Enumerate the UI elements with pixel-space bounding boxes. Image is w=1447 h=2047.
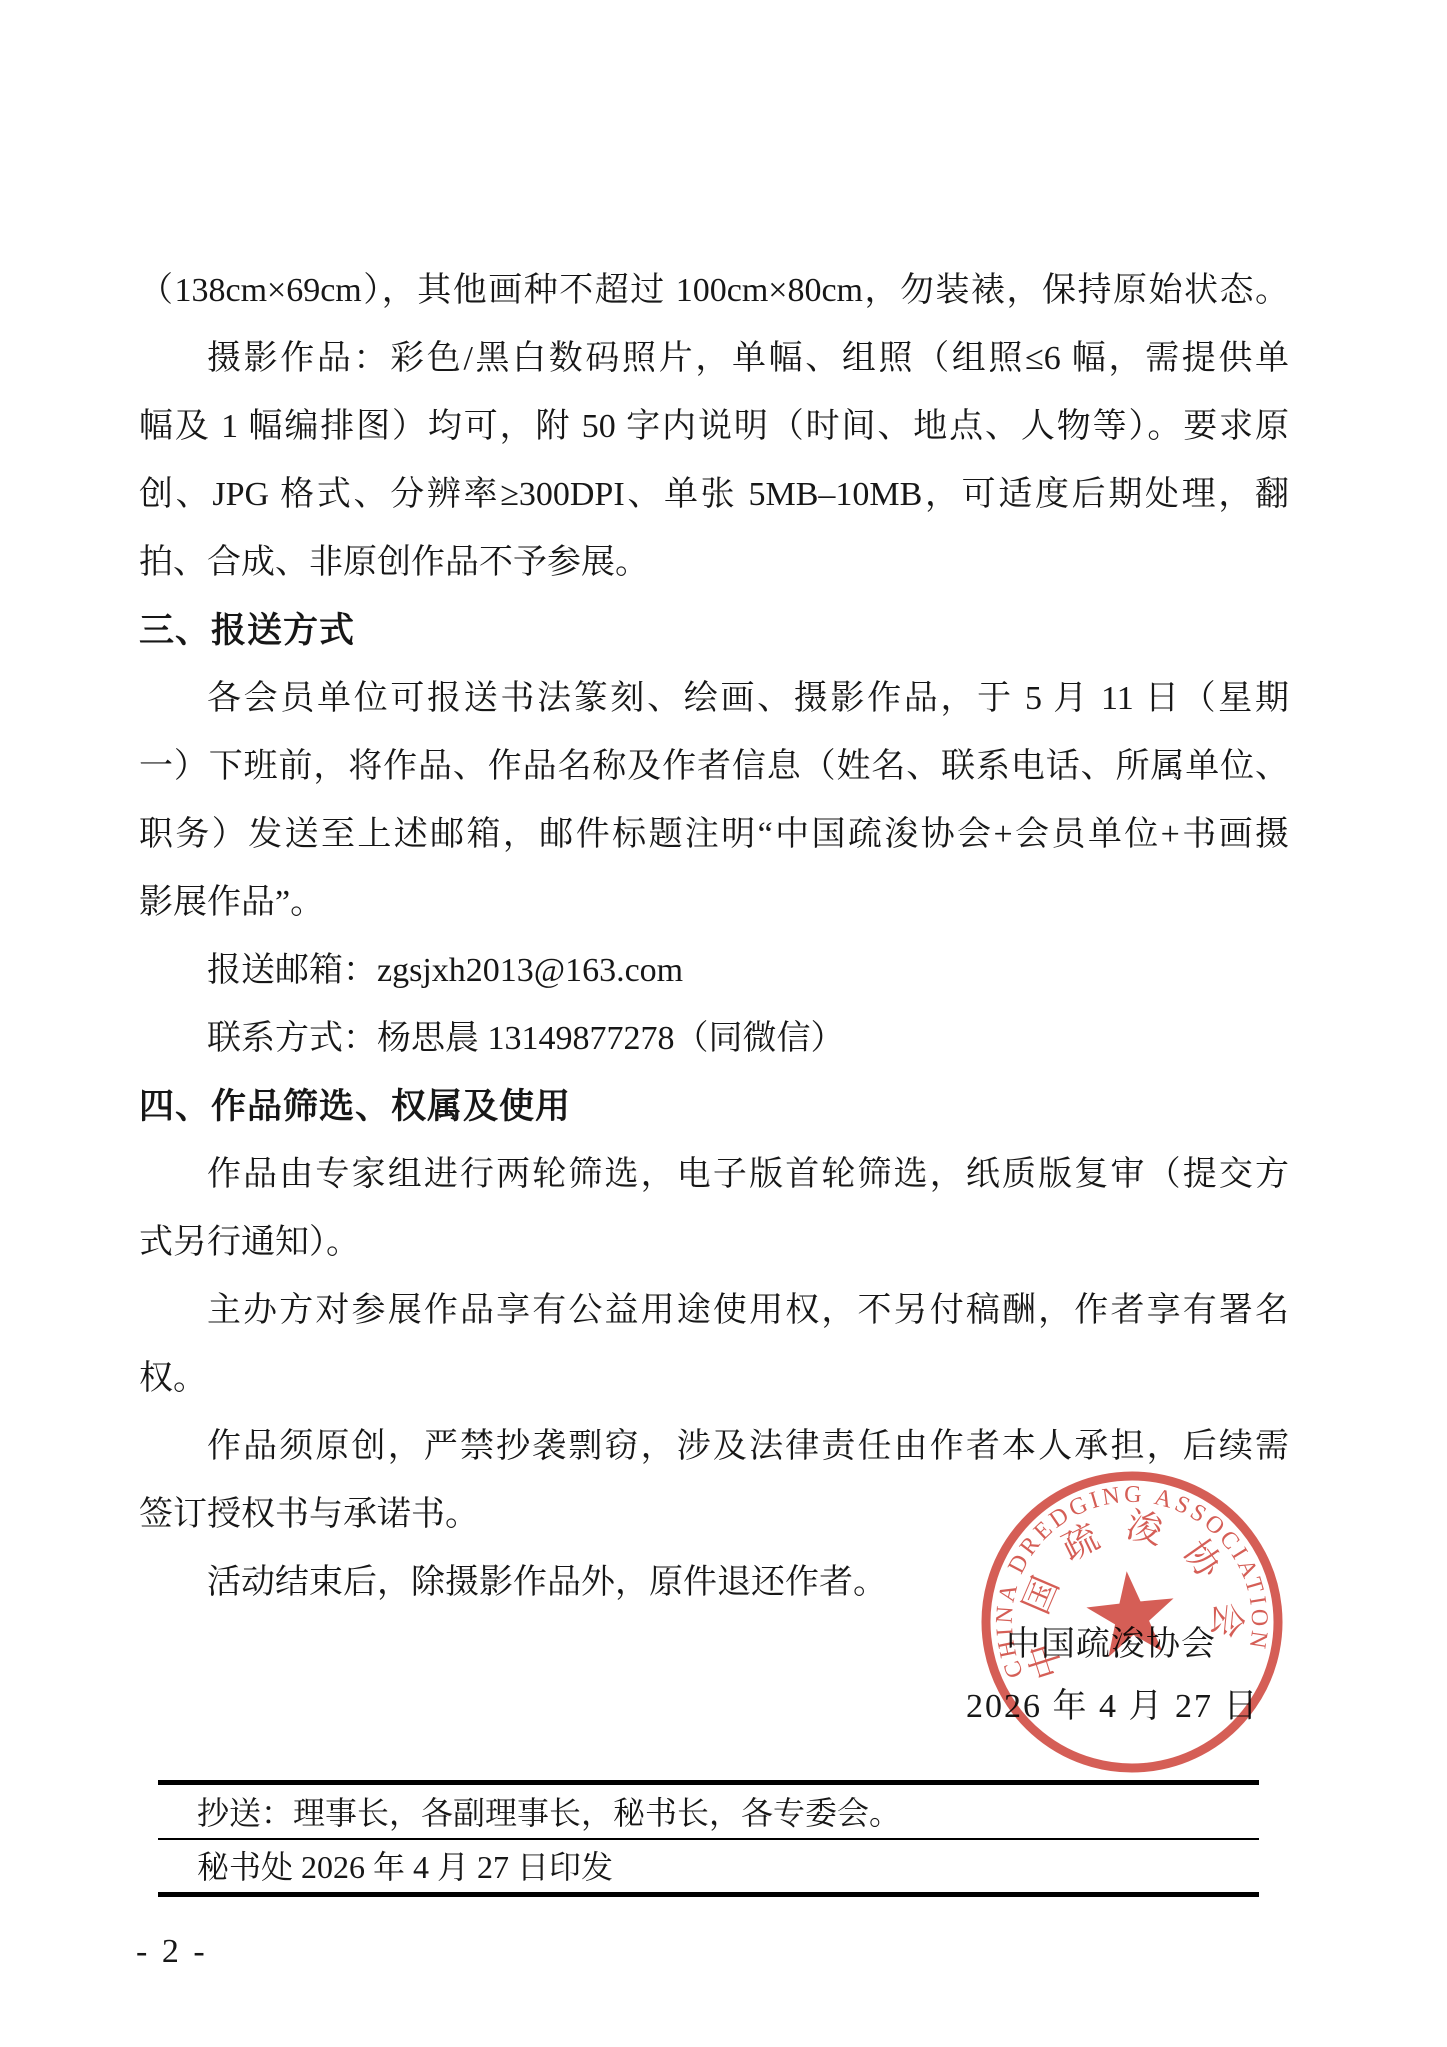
body-line: 作品由专家组进行两轮筛选，电子版首轮筛选，纸质版复审（提交方 <box>139 1141 1289 1209</box>
footer-rule-bottom <box>158 1892 1259 1897</box>
signature-organization: 中国疏浚协会 <box>1006 1611 1216 1679</box>
body-line: 职务）发送至上述邮箱，邮件标题注明“中国疏浚协会+会员单位+书画摄 <box>139 801 1289 869</box>
body-line: 联系方式：杨思晨 13149877278（同微信） <box>139 1005 1289 1073</box>
body-line: 一）下班前，将作品、作品名称及作者信息（姓名、联系电话、所属单位、 <box>139 733 1289 801</box>
body-line: 四、作品筛选、权属及使用 <box>139 1073 1289 1141</box>
body-line: 主办方对参展作品享有公益用途使用权，不另付稿酬，作者享有署名 <box>139 1277 1289 1345</box>
body-line: 签订授权书与承诺书。 <box>139 1481 1289 1549</box>
footer-rule-top <box>158 1780 1259 1785</box>
body-line: 拍、合成、非原创作品不予参展。 <box>139 529 1289 597</box>
body-line: 幅及 1 幅编排图）均可，附 50 字内说明（时间、地点、人物等）。要求原 <box>139 393 1289 461</box>
footer-rule-middle <box>158 1838 1259 1840</box>
body-line: 各会员单位可报送书法篆刻、绘画、摄影作品，于 5 月 11 日（星期 <box>139 665 1289 733</box>
document-page: （138cm×69cm），其他画种不超过 100cm×80cm，勿装裱，保持原始… <box>0 0 1447 2047</box>
body-line: 影展作品”。 <box>139 869 1289 937</box>
body-line: 创、JPG 格式、分辨率≥300DPI、单张 5MB–10MB，可适度后期处理，… <box>139 461 1289 529</box>
footer-print-line: 秘书处 2026 年 4 月 27 日印发 <box>197 1842 613 1892</box>
body-line: 活动结束后，除摄影作品外，原件退还作者。 <box>139 1549 1289 1617</box>
body-line: 权。 <box>139 1345 1289 1413</box>
body-line: 式另行通知）。 <box>139 1209 1289 1277</box>
body-line: 摄影作品：彩色/黑白数码照片，单幅、组照（组照≤6 幅，需提供单 <box>139 325 1289 393</box>
page-number: - 2 - <box>136 1928 208 1976</box>
body-line: （138cm×69cm），其他画种不超过 100cm×80cm，勿装裱，保持原始… <box>139 257 1289 325</box>
signature-date: 2026 年 4 月 27 日 <box>966 1673 1260 1741</box>
body-line: 三、报送方式 <box>139 597 1289 665</box>
footer-cc-line: 抄送：理事长，各副理事长，秘书长，各专委会。 <box>197 1788 901 1838</box>
document-body: （138cm×69cm），其他画种不超过 100cm×80cm，勿装裱，保持原始… <box>139 257 1289 1617</box>
body-line: 作品须原创，严禁抄袭剽窃，涉及法律责任由作者本人承担，后续需 <box>139 1413 1289 1481</box>
body-line: 报送邮箱：zgsjxh2013@163.com <box>139 937 1289 1005</box>
